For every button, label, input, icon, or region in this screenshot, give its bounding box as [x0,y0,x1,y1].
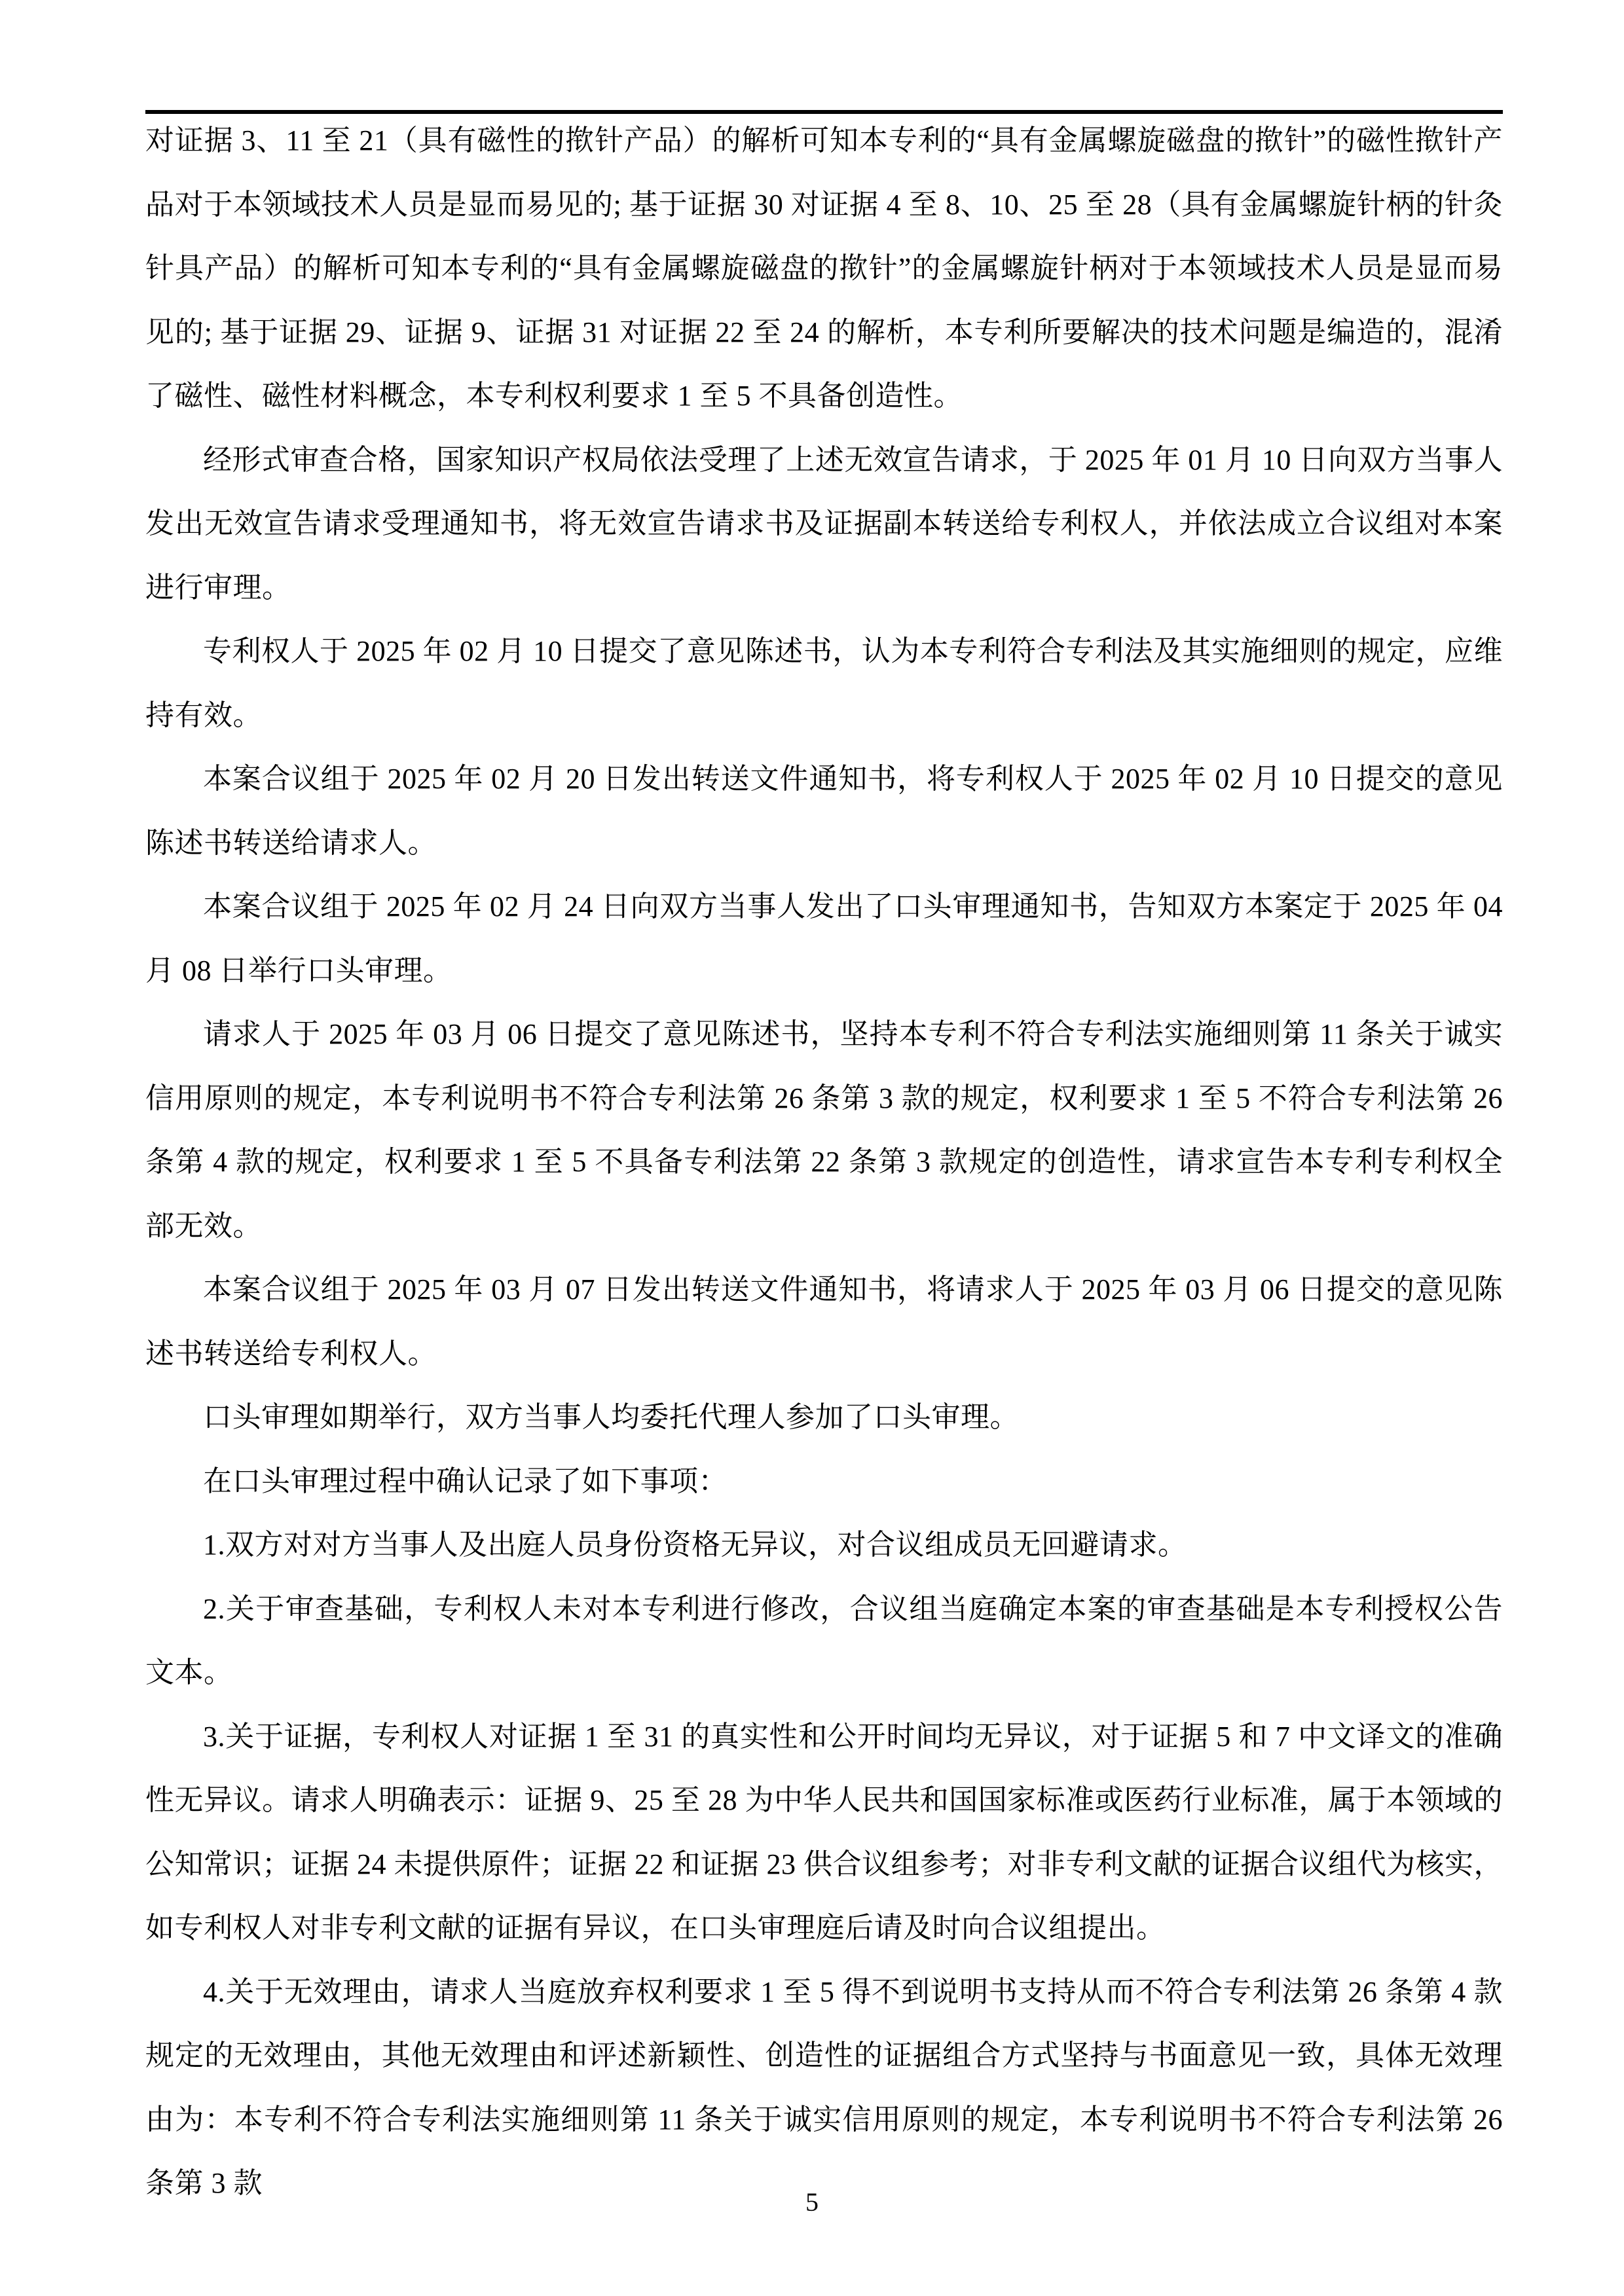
paragraph: 请求人于 2025 年 03 月 06 日提交了意见陈述书，坚持本专利不符合专利… [145,1002,1503,1258]
paragraph: 2.关于审查基础，专利权人未对本专利进行修改，合议组当庭确定本案的审查基础是本专… [145,1577,1503,1705]
document-page: 对证据 3、11 至 21（具有磁性的揿针产品）的解析可知本专利的“具有金属螺旋… [0,0,1624,2296]
paragraph: 专利权人于 2025 年 02 月 10 日提交了意见陈述书，认为本专利符合专利… [145,619,1503,747]
paragraph: 本案合议组于 2025 年 02 月 20 日发出转送文件通知书，将专利权人于 … [145,747,1503,875]
paragraph: 经形式审查合格，国家知识产权局依法受理了上述无效宣告请求，于 2025 年 01… [145,428,1503,620]
page-number: 5 [0,2187,1624,2218]
paragraph: 口头审理如期举行，双方当事人均委托代理人参加了口头审理。 [145,1385,1503,1449]
paragraph: 本案合议组于 2025 年 03 月 07 日发出转送文件通知书，将请求人于 2… [145,1258,1503,1385]
paragraph: 本案合议组于 2025 年 02 月 24 日向双方当事人发出了口头审理通知书，… [145,875,1503,1002]
paragraph: 对证据 3、11 至 21（具有磁性的揿针产品）的解析可知本专利的“具有金属螺旋… [145,109,1503,428]
paragraph: 1.双方对对方当事人及出庭人员身份资格无异议，对合议组成员无回避请求。 [145,1513,1503,1577]
paragraph: 4.关于无效理由，请求人当庭放弃权利要求 1 至 5 得不到说明书支持从而不符合… [145,1960,1503,2215]
paragraph: 3.关于证据，专利权人对证据 1 至 31 的真实性和公开时间均无异议，对于证据… [145,1705,1503,1960]
document-body: 对证据 3、11 至 21（具有磁性的揿针产品）的解析可知本专利的“具有金属螺旋… [145,109,1503,2215]
paragraph: 在口头审理过程中确认记录了如下事项： [145,1449,1503,1514]
